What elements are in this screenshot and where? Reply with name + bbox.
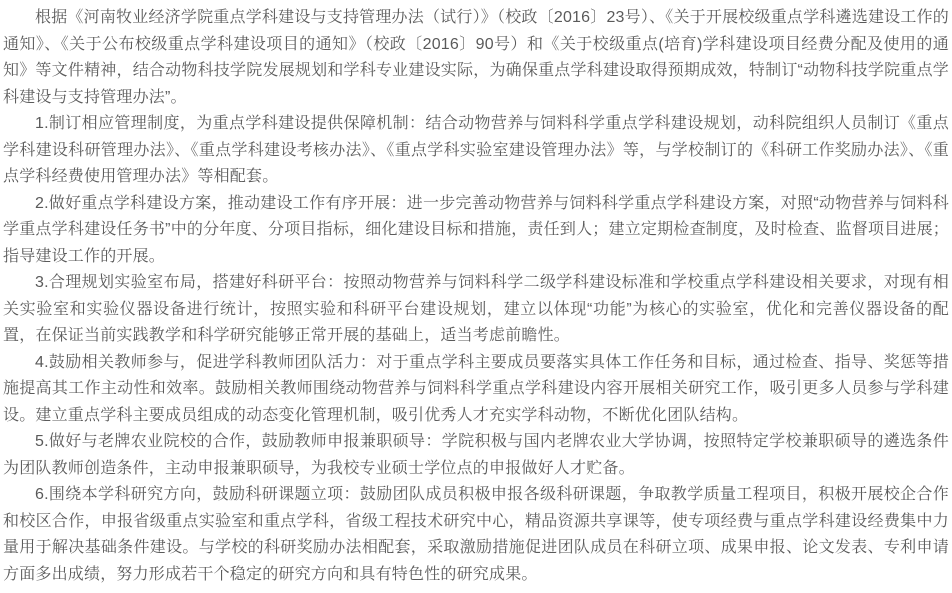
item-2-paragraph: 2.做好重点学科建设方案，推动建设工作有序开展：进一步完善动物营养与饲料科学重点…: [3, 191, 949, 271]
item-6-paragraph: 6.围绕本学科研究方向，鼓励科研课题立项：鼓励团队成员积极申报各级科研课题，争取…: [3, 482, 949, 588]
item-4-paragraph: 4.鼓励相关教师参与，促进学科教师团队活力：对于重点学科主要成员要落实具体工作任…: [3, 350, 949, 430]
item-5-paragraph: 5.做好与老牌农业院校的合作，鼓励教师申报兼职硕导：学院积极与国内老牌农业大学协…: [3, 429, 949, 482]
item-1-paragraph: 1.制订相应管理制度，为重点学科建设提供保障机制：结合动物营养与饲料科学重点学科…: [3, 111, 949, 191]
item-3-paragraph: 3.合理规划实验室布局，搭建好科研平台：按照动物营养与饲料科学二级学科建设标准和…: [3, 270, 949, 350]
intro-paragraph: 根据《河南牧业经济学院重点学科建设与支持管理办法（试行）》（校政〔2016〕23…: [3, 5, 949, 111]
document-page: 根据《河南牧业经济学院重点学科建设与支持管理办法（试行）》（校政〔2016〕23…: [0, 0, 952, 593]
